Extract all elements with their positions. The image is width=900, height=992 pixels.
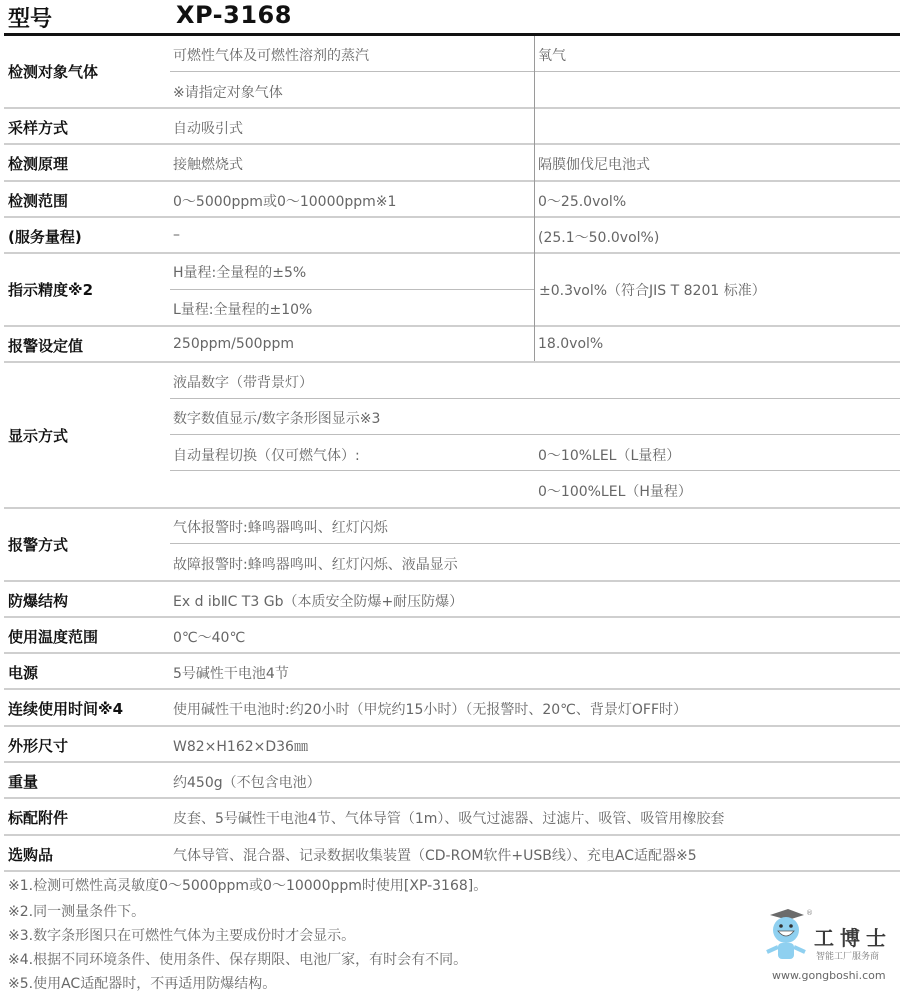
row-label: 选购品 [8, 844, 53, 865]
range-value: 0～10%LEL（L量程） [538, 445, 680, 465]
logo-url: www.gongboshi.com [772, 969, 886, 982]
row-divider [4, 870, 900, 872]
row-divider [4, 797, 900, 799]
row-label: 防爆结构 [8, 590, 68, 611]
header-divider [4, 33, 900, 36]
row-label: 报警设定值 [8, 335, 83, 356]
row-divider [4, 761, 900, 763]
row-divider [4, 580, 900, 582]
row-label: 指示精度※2 [8, 279, 93, 300]
footnote: ※3.数字条形图只在可燃性气体为主要成份时才会显示。 [8, 925, 355, 945]
row-label: 外形尺寸 [8, 735, 68, 756]
row-value: 接触燃烧式 [173, 154, 243, 174]
mascot-icon [762, 905, 812, 967]
row-value: H量程:全量程的±5% [173, 262, 306, 282]
row-value: L量程:全量程的±10% [173, 299, 312, 319]
row-label: 标配附件 [8, 807, 68, 828]
row-label: 电源 [8, 662, 38, 683]
sub-divider [170, 71, 900, 72]
row-value: 约450g（不包含电池） [173, 772, 321, 792]
row-divider [4, 725, 900, 727]
row-value: Ex d ibⅡC T3 Gb（本质安全防爆+耐压防爆） [173, 591, 463, 611]
row-label: 使用温度范围 [8, 626, 98, 647]
row-divider [4, 107, 900, 109]
row-value: 气体导管、混合器、记录数据收集装置（CD-ROM软件+USB线）、充电AC适配器… [173, 845, 697, 865]
row-divider [4, 361, 900, 363]
oxygen-value: ±0.3vol%（符合JIS T 8201 标准） [539, 280, 766, 300]
footnote: ※4.根据不同环境条件、使用条件、保存期限、电池厂家，有时会有不同。 [8, 949, 467, 969]
row-divider [4, 652, 900, 654]
gongboshi-logo: ® 工博士 智能工厂服务商 www.gongboshi.com [760, 905, 900, 990]
registered-mark: ® [806, 909, 813, 917]
sub-divider [170, 398, 900, 399]
row-divider [4, 507, 900, 509]
row-value: 皮套、5号碱性干电池4节、气体导管（1m）、吸气过滤器、过滤片、吸管、吸管用橡胶… [173, 808, 724, 828]
sub-divider [170, 434, 900, 435]
row-label: 报警方式 [8, 534, 68, 555]
row-value: 自动量程切换（仅可燃气体）: [173, 445, 360, 465]
row-label: (服务量程) [8, 226, 82, 247]
model-header: 型号 XP-3168 [4, 0, 900, 34]
oxygen-value: 18.0vol% [538, 336, 603, 352]
sub-divider [170, 289, 534, 290]
sub-divider [170, 470, 900, 471]
row-value: 液晶数字（带背景灯） [173, 372, 313, 392]
row-value: 自动吸引式 [173, 118, 243, 138]
row-divider [4, 325, 900, 327]
row-label: 检测对象气体 [8, 61, 98, 82]
row-divider [4, 252, 900, 254]
row-label: 连续使用时间※4 [8, 698, 123, 719]
footnote: ※5.使用AC适配器时，不再适用防爆结构。 [8, 973, 276, 992]
row-value: 0～5000ppm或0～10000ppm※1 [173, 191, 396, 211]
row-label: 检测范围 [8, 190, 68, 211]
row-value: 气体报警时:蜂鸣器鸣叫、红灯闪烁 [173, 517, 388, 537]
footnote: ※1.检测可燃性高灵敏度0～5000ppm或0～10000ppm时使用[XP-3… [8, 875, 487, 895]
row-divider [4, 180, 900, 182]
oxygen-value: 隔膜伽伐尼电池式 [538, 154, 650, 174]
row-label: 显示方式 [8, 425, 68, 446]
model-value: XP-3168 [176, 1, 292, 29]
row-divider [4, 216, 900, 218]
model-label: 型号 [8, 2, 52, 33]
row-divider [4, 616, 900, 618]
row-value: 0℃～40℃ [173, 627, 245, 647]
row-value: W82×H162×D36㎜ [173, 736, 308, 756]
row-value: 250ppm/500ppm [173, 336, 294, 352]
row-divider [4, 688, 900, 690]
row-divider [4, 834, 900, 836]
logo-brand: 工博士 [814, 922, 892, 951]
range-value: 0～100%LEL（H量程） [538, 481, 692, 501]
row-value: 故障报警时:蜂鸣器鸣叫、红灯闪烁、液晶显示 [173, 554, 458, 574]
row-label: 检测原理 [8, 153, 68, 174]
logo-tagline: 智能工厂服务商 [816, 949, 879, 962]
sub-divider [170, 543, 900, 544]
row-label: 采样方式 [8, 117, 68, 138]
row-value: 5号碱性干电池4节 [173, 663, 289, 683]
row-value: 可燃性气体及可燃性溶剂的蒸汽 [173, 45, 369, 65]
column-divider [534, 36, 535, 361]
row-value: 使用碱性干电池时:约20小时（甲烷约15小时）（无报警时、20℃、背景灯OFF时… [173, 699, 687, 719]
row-value: ※请指定对象气体 [173, 82, 283, 102]
row-value: – [173, 227, 180, 243]
oxygen-value: (25.1～50.0vol%) [538, 227, 659, 247]
oxygen-value: 氧气 [538, 45, 566, 65]
footnote: ※2.同一测量条件下。 [8, 901, 145, 921]
oxygen-value: 0～25.0vol% [538, 191, 626, 211]
row-divider [4, 143, 900, 145]
row-label: 重量 [8, 771, 38, 792]
row-value: 数字数值显示/数字条形图显示※3 [173, 408, 380, 428]
